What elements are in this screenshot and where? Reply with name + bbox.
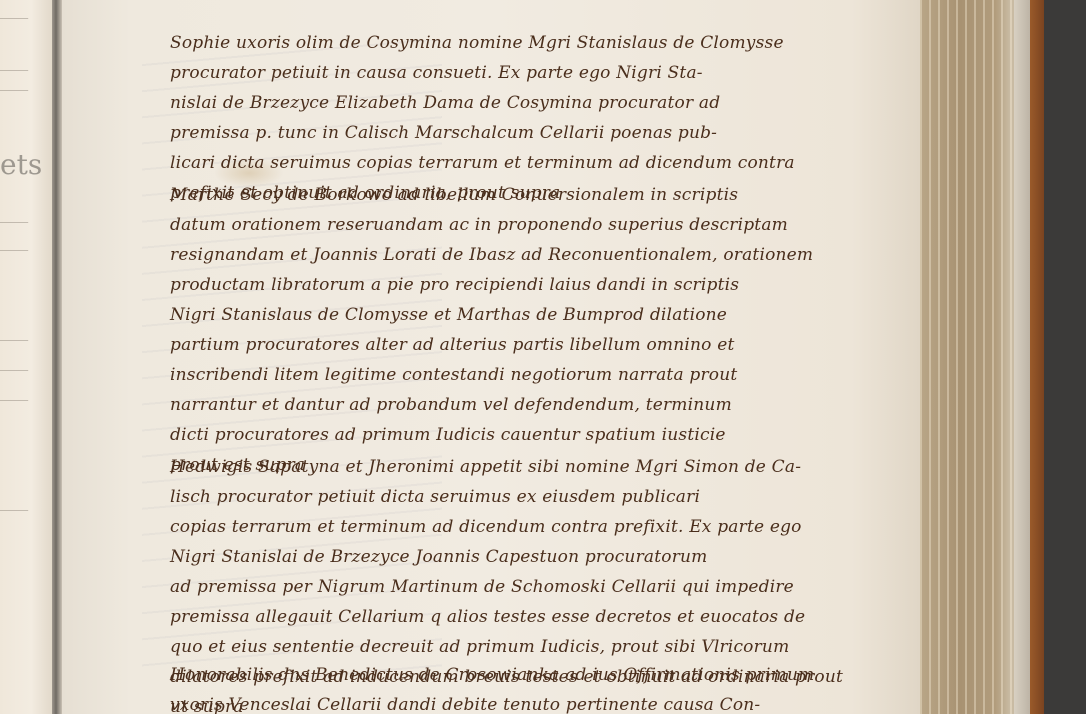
text-line: licari dicta seruimus copias terrarum et… (170, 148, 870, 178)
bleed-through-line (0, 60, 32, 71)
text-line: vxoris Venceslai Cellarii dandi debite t… (170, 690, 870, 714)
bleed-through-line (0, 500, 32, 511)
bleed-through-line (0, 360, 32, 371)
bleed-through-line (0, 212, 32, 223)
text-line: copias terrarum et terminum ad dicendum … (170, 512, 870, 542)
text-line: Nigri Stanislaus de Clomysse et Marthas … (170, 300, 870, 330)
text-line: productam libratorum a pie pro recipiend… (170, 270, 870, 300)
text-line: premissa allegauit Cellarium q alios tes… (170, 602, 870, 632)
text-line: partium procuratores alter ad alterius p… (170, 330, 870, 360)
text-line: Honorabilis dns Benedictus de Crosowiank… (170, 660, 870, 690)
left-page-word: ets (0, 148, 42, 181)
entry-benedictus: Honorabilis dns Benedictus de Crosowiank… (170, 660, 870, 714)
text-line: quo et eius sententie decreuit ad primum… (170, 632, 870, 662)
text-line: Sophie uxoris olim de Cosymina nomine Mg… (170, 28, 870, 58)
bleed-through-line (0, 330, 32, 341)
bleed-through-line (0, 80, 32, 91)
bleed-through-line (0, 240, 32, 251)
bleed-through-line (0, 8, 32, 19)
text-line: narrantur et dantur ad probandum vel def… (170, 390, 870, 420)
leather-binding-edge (1030, 0, 1044, 714)
text-line: Hedwigis Sapatyna et Jheronimi appetit s… (170, 452, 870, 482)
gutter (52, 0, 62, 714)
text-line: resignandam et Joannis Lorati de Ibasz a… (170, 240, 870, 270)
page-fore-edge (920, 0, 1020, 714)
text-line: nislai de Brzezyce Elizabeth Dama de Cos… (170, 88, 870, 118)
text-line: premissa p. tunc in Calisch Marschalcum … (170, 118, 870, 148)
text-line: datum orationem reseruandam ac in propon… (170, 210, 870, 240)
page-edge-highlight (1014, 0, 1030, 714)
text-line: inscribendi litem legitime contestandi n… (170, 360, 870, 390)
text-line: Nigri Stanislai de Brzezyce Joannis Cape… (170, 542, 870, 572)
manuscript-photo: ets Sophie uxoris olim de Cosymina nomin… (0, 0, 1086, 714)
text-line: Marthe Secy de Borkowo ad libellum Conue… (170, 180, 870, 210)
text-line: dicti procuratores ad primum Iudicis cau… (170, 420, 870, 450)
entry-marthe: Marthe Secy de Borkowo ad libellum Conue… (170, 180, 870, 480)
text-line: ad premissa per Nigrum Martinum de Schom… (170, 572, 870, 602)
text-line: lisch procurator petiuit dicta seruimus … (170, 482, 870, 512)
text-line: procurator petiuit in causa consueti. Ex… (170, 58, 870, 88)
dark-backdrop (1044, 0, 1086, 714)
bleed-through-line (0, 390, 32, 401)
left-facing-page: ets (0, 0, 52, 714)
